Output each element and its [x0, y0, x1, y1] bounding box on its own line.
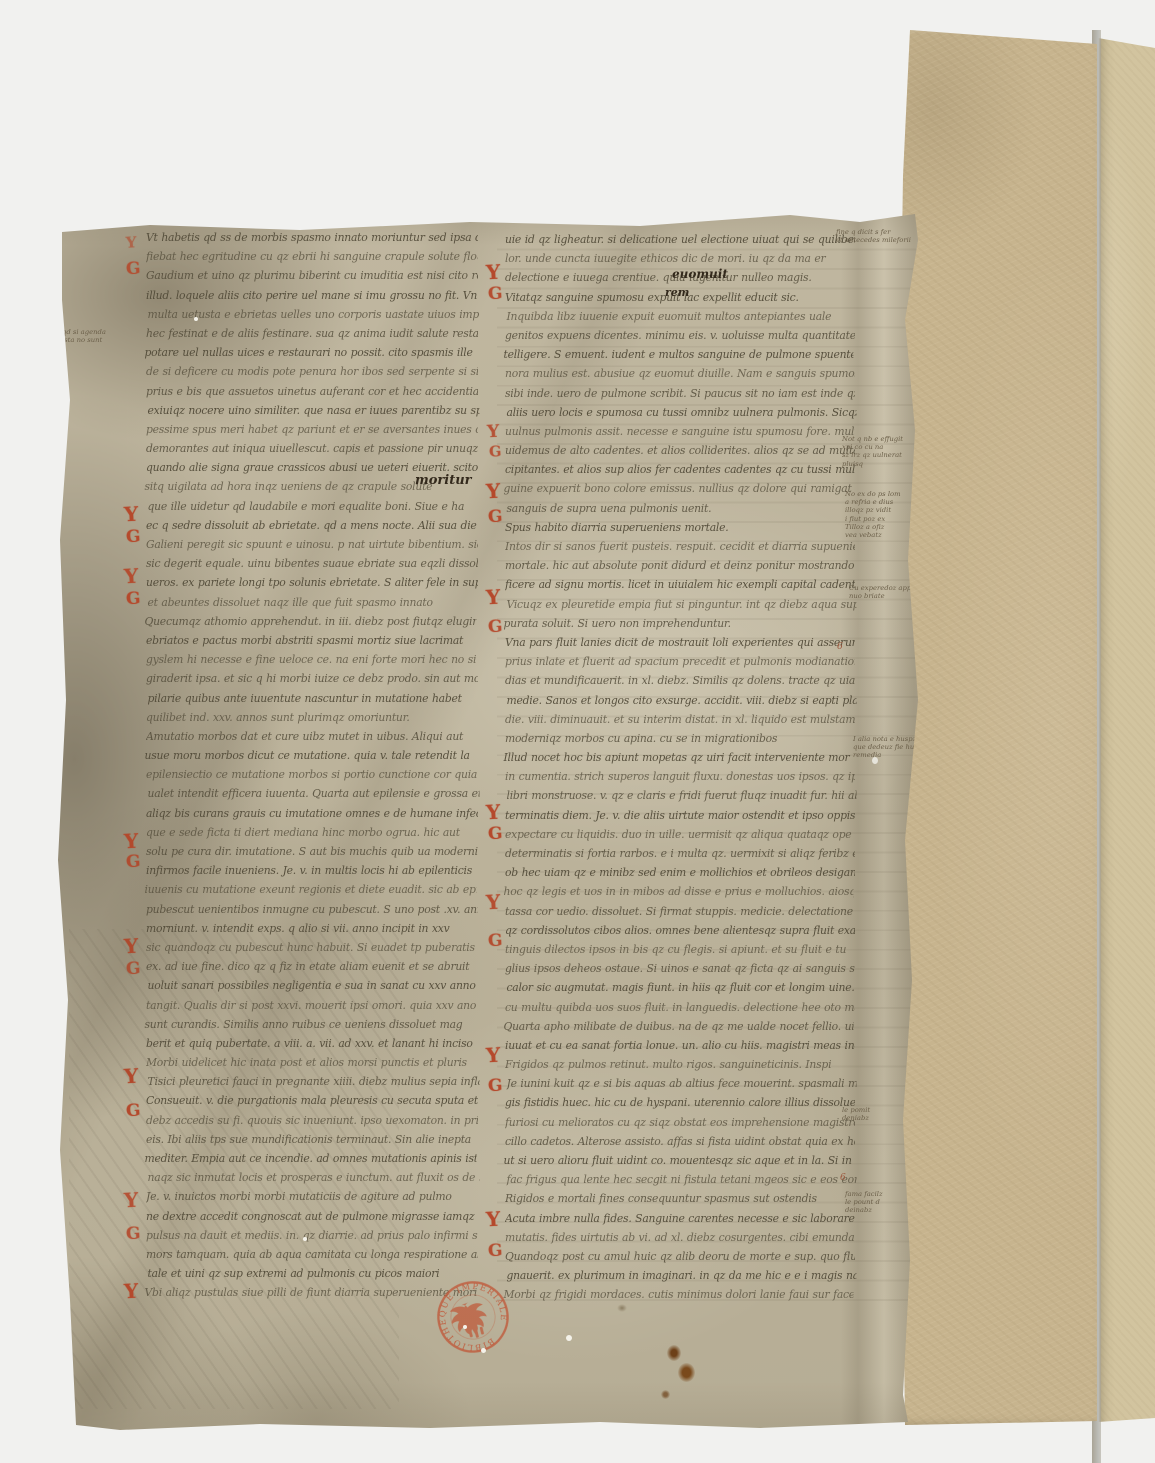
manuscript-line: in cumentia. strich superos languit flux… [505, 767, 855, 787]
manuscript-line: Gaudium et uino qz plurimu biberint cu i… [146, 266, 478, 286]
rubric-initial-g: G [487, 617, 503, 638]
manuscript-line: gis fistidis huec. hic cu de hyspani. ut… [505, 1093, 855, 1113]
margin-note: Not q nb e effugitxpi co cu nasz lrz qz … [842, 435, 903, 468]
manuscript-line: naqz sic inmutat locis et prosperas e iu… [148, 1168, 480, 1188]
manuscript-line: morniunt. v. intendit exps. q alio si vi… [146, 918, 478, 938]
manuscript-line: Tisici pleuretici fauci in pregnante xii… [148, 1072, 480, 1092]
rubric-initial-g: G [487, 1076, 503, 1097]
margin-note-line: que dedeuz fie hui [853, 743, 916, 751]
rubric-initial-g: G [487, 931, 503, 952]
manuscript-line: Vt habetis qd ss de morbis spasmo innato… [146, 228, 478, 248]
rubric-initial-g: G [487, 284, 503, 305]
manuscript-line: telligere. S emuent. iudent e multos san… [504, 345, 854, 365]
manuscript-line: pilarie quibus ante iuuentute nascuntur … [148, 688, 480, 708]
backing-board-rear [1098, 28, 1155, 1425]
manuscript-line: demorantes aut iniqua uiuellescut. capis… [146, 439, 478, 459]
manuscript-line: pessime spus meri habet qz pariunt et er… [146, 419, 478, 439]
rubric-initial-y: Y [485, 481, 500, 502]
margin-note-line: vea vebatz [845, 531, 901, 539]
rubric-initial-y: Y [125, 234, 136, 250]
manuscript-line: ebriatos e pactus morbi abstriti spasmi … [146, 631, 478, 651]
manuscript-line: uulnus pulmonis assit. necesse e sanguin… [505, 421, 855, 441]
margin-note-line: I alia nota e huspz [853, 735, 916, 743]
manuscript-line: fiebat hec egritudine cu qz ebrii hi san… [146, 247, 478, 267]
manuscript-line: eis. Ibi aliis tps sue mundificationis t… [146, 1129, 478, 1149]
manuscript-line: solu pe cura dir. imutatione. S aut bis … [146, 842, 478, 862]
manuscript-line: iuuenis cu mutatione exeunt regionis et … [145, 880, 477, 900]
margin-note-line: sz lrz qz uulnerat [842, 451, 903, 459]
rubric-initial-y: Y [485, 587, 500, 608]
margin-note-line: fama facilz [845, 1190, 883, 1198]
manuscript-line: expectare cu liquidis. duo in uille. uer… [505, 824, 855, 844]
margin-note-line: No ex do ps lom [845, 490, 901, 498]
margin-note-line: i fiut poz ex [845, 515, 901, 523]
manuscript-line: Morbi qz frigidi mordaces. cutis minimus… [504, 1285, 854, 1305]
manuscript-line: Rigidos e mortali fines consequuntur spa… [505, 1189, 855, 1209]
manuscript-line: sanguis de supra uena pulmonis uenit. [507, 498, 857, 518]
margin-note: No ex do ps loma refria e diusilloqz pz … [845, 490, 901, 539]
manuscript-line: pulsus na dauit et mediis. in. qz diarri… [146, 1225, 478, 1245]
margin-note: 6 [837, 643, 843, 651]
manuscript-line: epilensiectio ce mutatione morbos si por… [146, 765, 478, 785]
manuscript-line: aliqz bis curans grauis cu imutatione om… [146, 803, 478, 823]
manuscript-line: aliis uero locis e spumosa cu tussi omni… [507, 402, 857, 422]
manuscript-line: libri monstruose. v. qz e claris e fridi… [507, 786, 857, 806]
backing-board-front [897, 26, 1097, 1427]
manuscript-line: Quandoqz post cu amul huic qz alib deoru… [505, 1247, 855, 1267]
manuscript-line: mediter. Empia aut ce incendie. ad omnes… [145, 1149, 477, 1169]
manuscript-line: tinguis dilectos ipsos in bis qz cu fleg… [505, 940, 855, 960]
manuscript-line: sunt curandis. Similis anno ruibus ce ue… [145, 1014, 477, 1034]
manuscript-line: sibi inde. uero de pulmone scribit. Si p… [505, 383, 855, 403]
manuscript-line: debz accedis su fi. quouis sic inueniunt… [146, 1110, 478, 1130]
margin-note: fama facilzle pount ddeinabz [845, 1190, 883, 1215]
margin-note-line: et antecedes mileforii [836, 236, 911, 244]
margin-note: qd si agendaista no sunt [62, 328, 106, 344]
margin-note-line: le pomit [842, 1106, 870, 1114]
manuscript-line: uie id qz ligheatur. si delicatione uel … [505, 230, 855, 250]
manuscript-line: cipitantes. et alios sup alios fer caden… [505, 460, 855, 480]
manuscript-line: nora mulius est. abusiue qz euomut diuil… [505, 364, 855, 384]
rubric-initial-g: G [487, 1241, 503, 1262]
manuscript-line: mutatis. fides uirtutis ab vi. ad xl. di… [505, 1227, 855, 1247]
manuscript-line: tassa cor uedio. dissoluet. Si firmat st… [505, 901, 855, 921]
manuscript-line: gyslem hi necesse e fine ueloce ce. na e… [146, 650, 478, 670]
manuscript-line: iuuat et cu ea sanat fortia lonue. un. a… [505, 1035, 855, 1055]
inserted-word: rem [665, 286, 689, 299]
manuscript-line: uoluit sanari possibiles negligentia e s… [148, 976, 480, 996]
manuscript-line: multa uetusta e ebrietas uelles uno corp… [148, 304, 480, 324]
rubric-initial-g: G [125, 1224, 141, 1245]
manuscript-line: Consueuit. v. die purgationis mala pleur… [146, 1091, 478, 1111]
manuscript-line: hoc qz legis et uos in in mibos ad disse… [504, 882, 854, 902]
manuscript-line: ob hec uiam qz e minibz sed enim e molli… [505, 863, 855, 883]
manuscript-line: qz cordissolutos cibos alios. omnes bene… [505, 920, 855, 940]
manuscript-line: Je iunini kuit qz e si bis aquas ab alti… [507, 1074, 857, 1094]
rubric-initial-y: Y [123, 1281, 138, 1302]
manuscript-line: uidemus de alto cadentes. et alios colli… [505, 441, 855, 461]
manuscript-line: Je. v. inuictos morbi morbi mutaticiis d… [146, 1187, 478, 1207]
rubric-initial-g: G [125, 527, 141, 548]
manuscript-line: sic quandoqz cu pubescut hunc habuit. Si… [146, 938, 478, 958]
manuscript-line: determinatis si fortia rarbos. e i multa… [505, 844, 855, 864]
manuscript-line: mortale. hic aut absolute ponit didurd e… [505, 556, 855, 576]
margin-note-line: Not q nb e effugit [842, 435, 903, 443]
manuscript-line: illud. loquele aliis cito perire uel man… [146, 285, 478, 305]
manuscript-line: gnauerit. ex plurimum in imaginari. in q… [507, 1266, 857, 1286]
text-column-right: uie id qz ligheatur. si delicatione uel … [505, 230, 855, 1305]
manuscript-line: Frigidos qz pulmos retinut. multo rigos.… [505, 1055, 855, 1075]
manuscript-line: ualet intendit efficera iuuenta. Quarta … [148, 784, 480, 804]
rubric-initial-g: G [125, 852, 141, 873]
manuscript-line: cu multu quibda uos suos fluit. in langu… [505, 997, 855, 1017]
manuscript-line: exiuiqz nocere uino similiter. que nasa … [148, 400, 480, 420]
margin-note-line: remedia [853, 751, 916, 759]
rubric-initial-g: G [487, 507, 503, 528]
margin-note-line: ista no sunt [62, 336, 106, 344]
text-column-left: Vt habetis qd ss de morbis spasmo innato… [146, 228, 478, 1303]
rubric-initial-y: Y [485, 1045, 500, 1066]
manuscript-line: hec festinat e de aliis festinare. sua q… [146, 324, 478, 344]
manuscript-line: lor. unde cuncta iuuegite ethicos dic de… [505, 249, 855, 269]
manuscript-line: Inquibda libz iuuenie expuit euomuit mul… [507, 306, 857, 326]
margin-note-line: deinabz [845, 1206, 883, 1214]
ink-stain [661, 1390, 670, 1399]
manuscript-line: que ille uidetur qd laudabile e mori equ… [148, 496, 480, 516]
margin-note-line: a refria e dius [845, 498, 901, 506]
ink-stain [678, 1363, 695, 1382]
manuscript-line: quilibet ind. xxv. annos sunt plurimqz o… [146, 707, 478, 727]
margin-note: 6 [840, 1174, 846, 1182]
manuscript-line: Galieni peregit sic spuunt e uinosu. p n… [146, 535, 478, 555]
margin-note-line: pluisq [842, 460, 903, 468]
manuscript-photo: Vt habetis qd ss de morbis spasmo innato… [0, 0, 1155, 1463]
margin-note-line: illoqz pz vidit [845, 506, 901, 514]
manuscript-line: purata soluit. Si uero non imprehenduntu… [504, 613, 854, 633]
rubric-initial-y: Y [485, 1209, 500, 1230]
manuscript-line: Vna pars fluit lanies dicit de mostrauit… [505, 633, 855, 653]
manuscript-line: Illud nocet hoc bis apiunt mopetas qz ui… [504, 748, 854, 768]
manuscript-line: infirmos facile inueniens. Je. v. in mul… [146, 861, 478, 881]
rubric-initial-y: Y [123, 831, 138, 852]
rubric-initial-g: G [125, 1101, 141, 1122]
manuscript-line: die. viii. diminuauit. et su interim dis… [505, 709, 855, 729]
manuscript-line: giraderit ipsa. et sic q hi morbi iuize … [146, 669, 478, 689]
manuscript-line: pubescut uenientibos inmugne cu pubescut… [146, 899, 478, 919]
rubric-initial-y: Y [485, 892, 500, 913]
manuscript-line: glius ipsos deheos ostaue. Si uinos e sa… [505, 959, 855, 979]
margin-note-line: deniabz [842, 1114, 870, 1122]
rubric-initial-g: G [125, 959, 141, 980]
manuscript-line: tangit. Qualis dir si post xxvi. mouerit… [146, 995, 478, 1015]
manuscript-line: Quarta apho milibate de duibus. na de qz… [504, 1016, 854, 1036]
manuscript-line: terminatis diem. Je. v. die aliis uirtut… [505, 805, 855, 825]
manuscript-line: prius e bis que assuetos uinetus auferan… [146, 381, 478, 401]
rubric-initial-y: Y [123, 1190, 138, 1211]
manuscript-line: cillo cadetos. Alterose assisto. affas s… [505, 1131, 855, 1151]
rubric-initial-g: G [125, 259, 141, 280]
manuscript-line: sic degerit equale. uinu bibentes suaue … [146, 554, 478, 574]
margin-note-line: xpi co cu na [842, 443, 903, 451]
manuscript-line: ficere ad signu mortis. licet in uiuiale… [505, 575, 855, 595]
manuscript-line: Quecumqz athomio apprehendut. in iii. di… [145, 611, 477, 631]
manuscript-line: moderniqz morbos cu apina. cu se in migr… [505, 728, 855, 748]
rubric-initial-y: Y [123, 566, 138, 587]
margin-note-line: fine q dicit s fer [836, 228, 911, 236]
rubric-initial-y: Y [123, 1066, 138, 1087]
margin-note-line: 6 [837, 643, 843, 651]
margin-note: fine q dicit s feret antecedes mileforii [836, 228, 911, 244]
manuscript-line: Morbi uidelicet hic inata post et alios … [146, 1053, 478, 1073]
ink-stain [667, 1345, 681, 1361]
manuscript-line: et abeuntes dissoluet naqz ille que fuit… [148, 592, 480, 612]
manuscript-line: Amutatio morbos dat et cure uibz mutet i… [146, 726, 478, 746]
parchment-hole [566, 1335, 572, 1341]
manuscript-line: de si deficere cu modis pote penura hor … [146, 362, 478, 382]
rubric-initial-g: G [489, 443, 502, 461]
manuscript-line: furiosi cu melioratos cu qz siqz obstat … [505, 1112, 855, 1132]
margin-note: I alia nota e huspzque dedeuz fie huirem… [853, 735, 916, 760]
rubric-initial-y: Y [485, 262, 500, 283]
margin-note-line: le pount d [845, 1198, 883, 1206]
rubric-initial-y: Y [487, 422, 500, 440]
manuscript-line: prius inlate et fluerit ad spacium prece… [505, 652, 855, 672]
manuscript-line: Spus habito diarria superueniens mortale… [505, 517, 855, 537]
manuscript-line: ueros. ex pariete longi tpo solunis ebri… [146, 573, 478, 593]
manuscript-line: Intos dir si sanos fuerit pusteis. respu… [505, 537, 855, 557]
inserted-word: euomuit [672, 267, 728, 281]
parchment-leaf: Vt habetis qd ss de morbis spasmo innato… [57, 209, 923, 1431]
inserted-word: moritur [415, 473, 472, 488]
manuscript-line: fac frigus qua lente hec secgit ni fistu… [507, 1170, 857, 1190]
manuscript-line: Vicuqz ex pleuretide empia fiut si pingu… [507, 594, 857, 614]
manuscript-line: guine expuerit bono colore emissus. null… [504, 479, 854, 499]
manuscript-line: potare uel nullas uices e restaurari no … [145, 343, 477, 363]
manuscript-line: calor sic augmutat. magis fiunt. in hiis… [507, 978, 857, 998]
manuscript-line: ut si uero alioru fluit uidint co. mouen… [504, 1151, 854, 1171]
manuscript-line: mors tamquam. quia ab aqua camitata cu l… [146, 1245, 478, 1265]
manuscript-line: genitos expuens dicentes. minimu eis. v.… [505, 326, 855, 346]
manuscript-line: ec q sedre dissoluit ab ebrietate. qd a … [146, 515, 478, 535]
margin-note-line: qd si agenda [62, 328, 106, 336]
manuscript-line: dias et mundificauerit. in xl. diebz. Si… [505, 671, 855, 691]
manuscript-line: ex. ad iue fine. dico qz q fiz in etate … [146, 957, 478, 977]
rubric-initial-y: Y [485, 802, 500, 823]
manuscript-line: ne dextre accedit congnoscat aut de pulm… [146, 1206, 478, 1226]
manuscript-line: que e sede ficta ti diert mediana hinc m… [146, 822, 478, 842]
rubric-initial-y: Y [123, 504, 138, 525]
rubric-initial-g: G [487, 824, 503, 845]
manuscript-line: berit et quiq pubertate. a viii. a. vii.… [146, 1033, 478, 1053]
margin-note-line: Tilloz a ofiz [845, 523, 901, 531]
manuscript-line: medie. Sanos et longos cito exsurge. acc… [507, 690, 857, 710]
manuscript-line: usue moru morbos dicut ce mutatione. qui… [145, 746, 477, 766]
margin-note: le pomitdeniabz [842, 1106, 870, 1122]
margin-note-line: 6 [840, 1174, 846, 1182]
rubric-initial-g: G [125, 589, 141, 610]
manuscript-line: Acuta imbre nulla fides. Sanguine carent… [505, 1208, 855, 1228]
rubric-initial-y: Y [123, 936, 138, 957]
